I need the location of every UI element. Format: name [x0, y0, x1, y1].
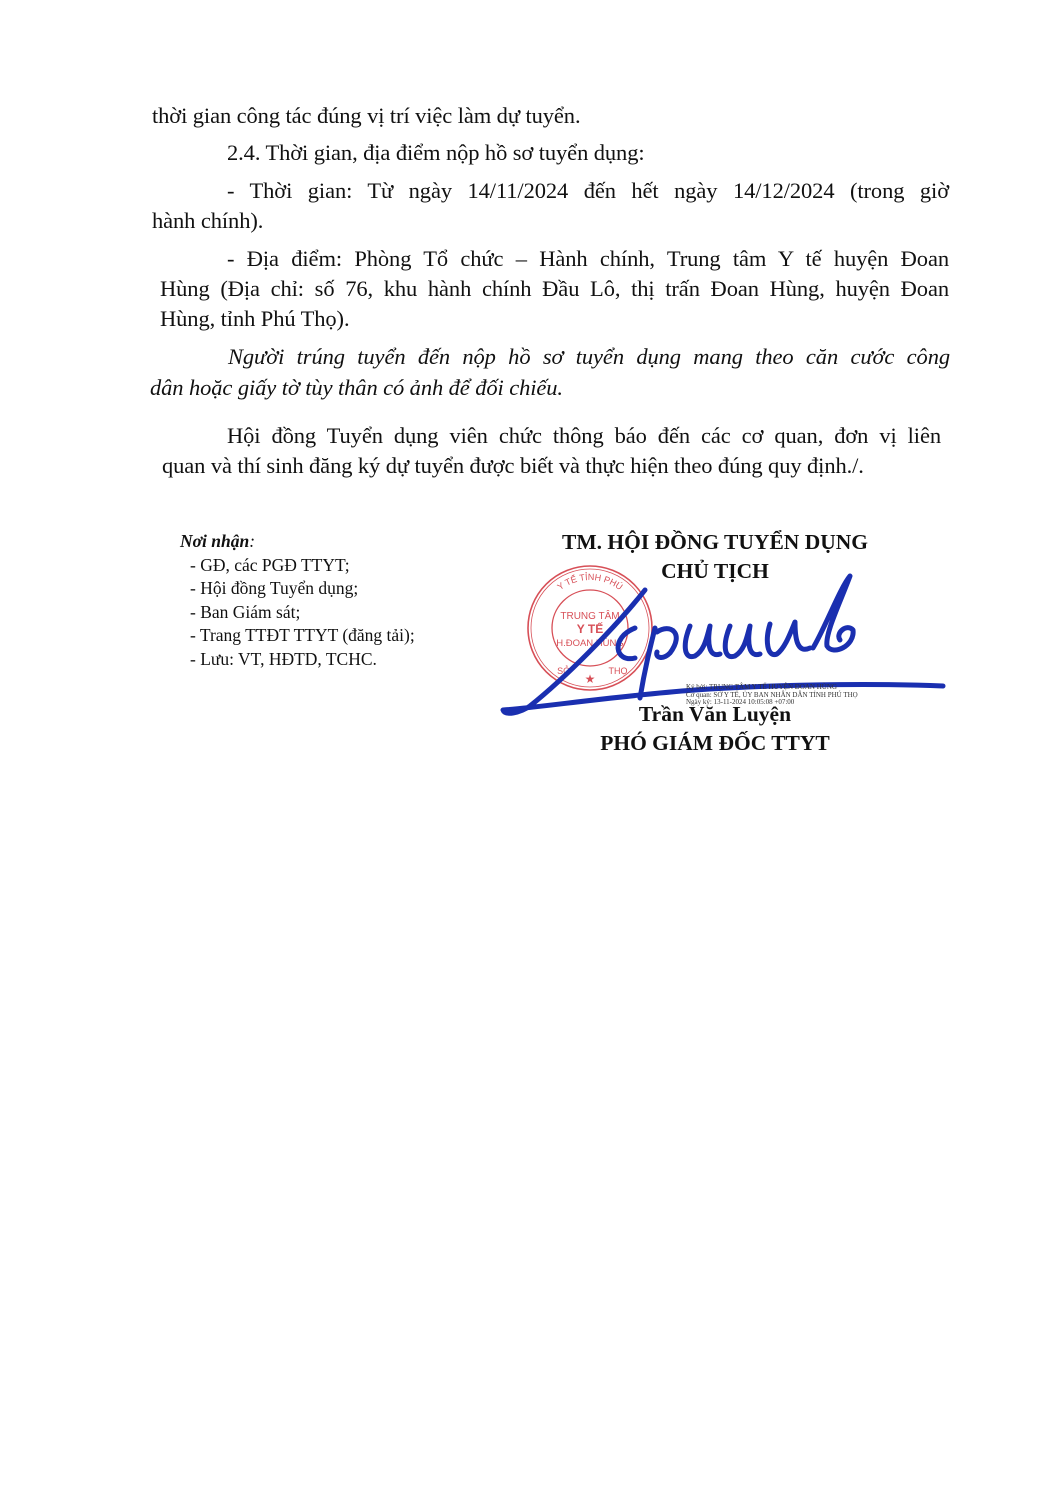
recipient-item: - Hội đồng Tuyển dụng;: [180, 577, 415, 601]
paragraph-line: Hùng (Địa chỉ: số 76, khu hành chính Đầu…: [160, 274, 949, 304]
recipients-heading: Nơi nhận:: [180, 530, 415, 554]
closing-line: Hội đồng Tuyển dụng viên chức thông báo …: [227, 421, 941, 451]
signatory-name: Trần Văn Luyện: [500, 700, 930, 729]
recipients-block: Nơi nhận: - GĐ, các PGĐ TTYT; - Hội đồng…: [180, 530, 415, 671]
recipient-item: - Lưu: VT, HĐTD, TCHC.: [180, 648, 415, 672]
paragraph-line: - Thời gian: Từ ngày 14/11/2024 đến hết …: [227, 176, 949, 206]
recipient-item: - GĐ, các PGĐ TTYT;: [180, 554, 415, 578]
section-heading-2-4: 2.4. Thời gian, địa điểm nộp hồ sơ tuyển…: [227, 138, 645, 168]
document-page: thời gian công tác đúng vị trí việc làm …: [0, 0, 1061, 1500]
paragraph-line: Hùng, tỉnh Phú Thọ).: [160, 304, 349, 334]
closing-line: quan và thí sinh đăng ký dự tuyển được b…: [162, 451, 864, 481]
recipient-item: - Ban Giám sát;: [180, 601, 415, 625]
recipient-item: - Trang TTĐT TTYT (đăng tải);: [180, 624, 415, 648]
note-line: dân hoặc giấy tờ tùy thân có ảnh để đối …: [150, 373, 563, 403]
paragraph-line: hành chính).: [152, 206, 263, 236]
paragraph-line: thời gian công tác đúng vị trí việc làm …: [152, 101, 580, 131]
signature-authority: TM. HỘI ĐỒNG TUYỂN DỤNG: [500, 528, 930, 557]
signatory-position: PHÓ GIÁM ĐỐC TTYT: [500, 729, 930, 758]
signatory-block: Trần Văn Luyện PHÓ GIÁM ĐỐC TTYT: [500, 700, 930, 758]
note-line: Người trúng tuyển đến nộp hồ sơ tuyển dụ…: [228, 342, 950, 372]
paragraph-line: - Địa điểm: Phòng Tổ chức – Hành chính, …: [227, 244, 949, 274]
